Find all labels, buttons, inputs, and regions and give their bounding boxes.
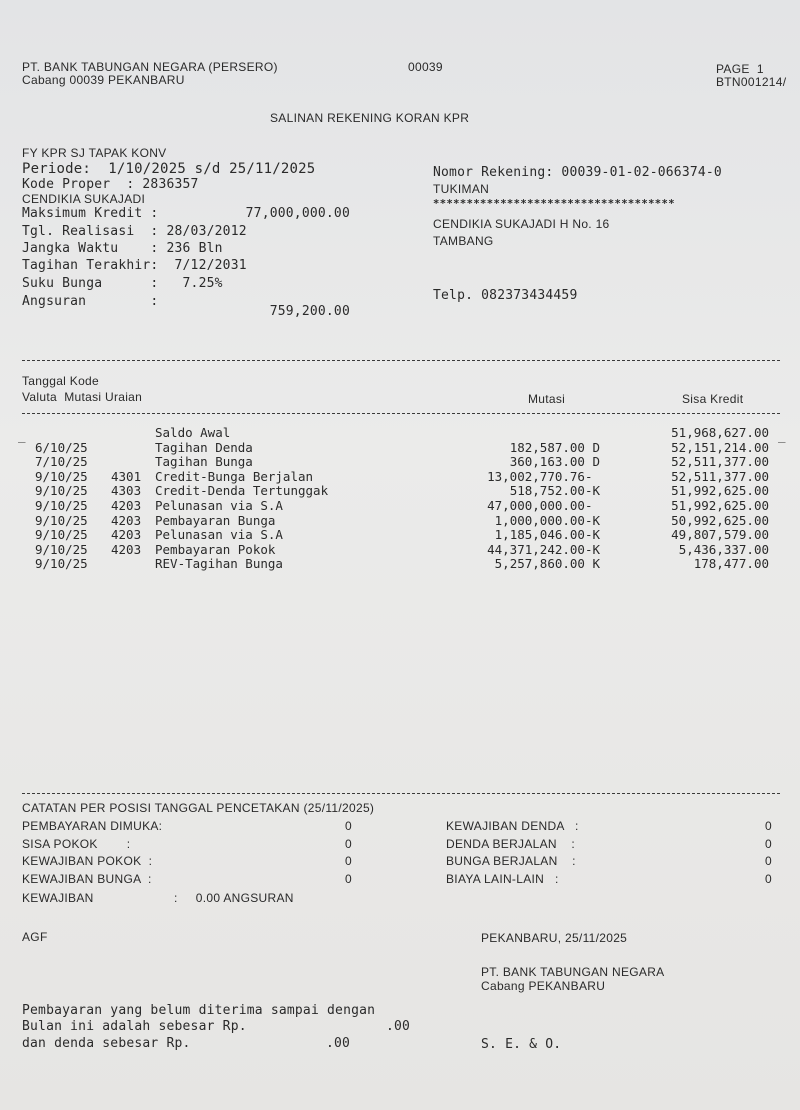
remaining-credit: 49,807,579.00 [600, 529, 769, 542]
seo-mark: S. E. & O. [481, 1038, 561, 1051]
transaction-date: 9/10/25 [35, 485, 88, 498]
product-name: FY KPR SJ TAPAK KONV [22, 147, 167, 159]
summary-label: BUNGA BERJALAN : [446, 855, 576, 867]
transaction-date: 9/10/25 [35, 515, 88, 528]
mutation-amount: 47,000,000.00- [420, 500, 600, 513]
transaction-date: 9/10/25 [35, 544, 88, 557]
max-credit-value: 77,000,000.00 [200, 207, 350, 220]
summary-label: PEMBAYARAN DIMUKA: [22, 820, 162, 832]
document-title: SALINAN REKENING KORAN KPR [270, 112, 469, 124]
summary-value: 0 [300, 873, 352, 885]
realization-date: Tgl. Realisasi : 28/03/2012 [22, 225, 247, 238]
project-name: CENDIKIA SUKAJADI [22, 193, 145, 205]
loan-term: Jangka Waktu : 236 Bln [22, 242, 223, 255]
statement-period: Periode: 1/10/2025 s/d 25/11/2025 [22, 162, 315, 176]
summary-value: 0 [720, 820, 772, 832]
transaction-description: Pelunasan via S.A [155, 529, 283, 542]
transaction-date: 9/10/25 [35, 471, 88, 484]
remaining-credit: 52,151,214.00 [600, 442, 769, 455]
transaction-description: Saldo Awal [155, 427, 230, 440]
note-line-1: Pembayaran yang belum diterima sampai de… [22, 1004, 375, 1017]
table-row: Saldo Awal51,968,627.00 [0, 427, 800, 441]
bank-name: PT. BANK TABUNGAN NEGARA (PERSERO) [22, 61, 278, 73]
installment-value: 759,200.00 [200, 305, 350, 318]
account-number: Nomor Rekening: 00039-01-02-066374-0 [433, 166, 722, 179]
summary-value: 0 [720, 873, 772, 885]
summary-label: SISA POKOK : [22, 838, 130, 850]
column-header-valuta: Valuta Mutasi Uraian [22, 391, 142, 403]
mutation-amount: 1,185,046.00-K [420, 529, 600, 542]
transaction-description: Tagihan Denda [155, 442, 253, 455]
mutation-amount: 44,371,242.00-K [420, 544, 600, 557]
mutation-amount: 5,257,860.00 K [420, 558, 600, 571]
remaining-credit: 50,992,625.00 [600, 515, 769, 528]
column-header-mutasi: Mutasi [528, 393, 565, 405]
note-line-3: dan denda sebesar Rp. [22, 1037, 191, 1050]
signer-bank: PT. BANK TABUNGAN NEGARA [481, 966, 664, 978]
transaction-date: 6/10/25 [35, 442, 88, 455]
document-code: BTN001214/ [716, 76, 786, 88]
max-credit-label: Maksimum Kredit : [22, 207, 158, 220]
penalty-amount: .00 [326, 1037, 350, 1050]
transaction-date: 9/10/25 [35, 529, 88, 542]
column-header-sisa-kredit: Sisa Kredit [682, 393, 743, 405]
summary-value: 0 [720, 855, 772, 867]
remaining-credit: 51,968,627.00 [600, 427, 769, 440]
summary-value: 0 [720, 838, 772, 850]
transaction-description: REV-Tagihan Bunga [155, 558, 283, 571]
summary-value: 0 [300, 820, 352, 832]
transaction-description: Credit-Bunga Berjalan [155, 471, 313, 484]
kode-proper: Kode Proper : 2836357 [22, 178, 199, 191]
mutation-code: 4301 [111, 471, 141, 484]
transaction-description: Tagihan Bunga [155, 456, 253, 469]
remaining-credit: 51,992,625.00 [600, 485, 769, 498]
table-row: 9/10/25REV-Tagihan Bunga5,257,860.00 K17… [0, 558, 800, 572]
transaction-date: 9/10/25 [35, 500, 88, 513]
transaction-description: Pelunasan via S.A [155, 500, 283, 513]
remaining-credit: 52,511,377.00 [600, 456, 769, 469]
installment-label: Angsuran : [22, 295, 158, 308]
transaction-date: 9/10/25 [35, 558, 88, 571]
divider [22, 360, 780, 361]
transaction-description: Pembayaran Pokok [155, 544, 275, 557]
summary-label: KEWAJIBAN POKOK : [22, 855, 152, 867]
branch-name: Cabang 00039 PEKANBARU [22, 74, 185, 86]
divider [22, 793, 780, 794]
remaining-credit: 52,511,377.00 [600, 471, 769, 484]
summary-value: 0 [300, 855, 352, 867]
divider [22, 413, 780, 414]
mutation-code: 4203 [111, 500, 141, 513]
page-number: PAGE 1 [716, 63, 764, 75]
mutation-code: 4203 [111, 529, 141, 542]
customer-address: CENDIKIA SUKAJADI H No. 16 [433, 218, 610, 230]
customer-name: TUKIMAN [433, 183, 489, 195]
remaining-credit: 178,477.00 [600, 558, 769, 571]
customer-phone: Telp. 082373434459 [433, 289, 577, 302]
branch-code: 00039 [408, 61, 443, 73]
remaining-credit: 5,436,337.00 [600, 544, 769, 557]
kewajiban-label: KEWAJIBAN [22, 892, 94, 904]
summary-label: KEWAJIBAN BUNGA : [22, 873, 152, 885]
place-date: PEKANBARU, 25/11/2025 [481, 932, 627, 944]
mutation-code: 4303 [111, 485, 141, 498]
table-row: 9/10/254203Pembayaran Pokok44,371,242.00… [0, 544, 800, 558]
outstanding-amount: .00 [386, 1020, 410, 1033]
summary-title: CATATAN PER POSISI TANGGAL PENCETAKAN (2… [22, 802, 374, 814]
interest-rate: Suku Bunga : 7.25% [22, 277, 223, 290]
summary-value: 0 [300, 838, 352, 850]
mutation-code: 4203 [111, 515, 141, 528]
mutation-amount: 13,002,770.76- [420, 471, 600, 484]
mutation-amount: 360,163.00 D [420, 456, 600, 469]
table-row: 9/10/254203Pelunasan via S.A47,000,000.0… [0, 500, 800, 514]
mutation-amount: 518,752.00-K [420, 485, 600, 498]
last-bill-date: Tagihan Terakhir: 7/12/2031 [22, 259, 247, 272]
remaining-credit: 51,992,625.00 [600, 500, 769, 513]
transaction-description: Pembayaran Bunga [155, 515, 275, 528]
transaction-description: Credit-Denda Tertunggak [155, 485, 328, 498]
summary-label: BIAYA LAIN-LAIN : [446, 873, 559, 885]
transaction-date: 7/10/25 [35, 456, 88, 469]
summary-label: DENDA BERJALAN : [446, 838, 575, 850]
mutation-code: 4203 [111, 544, 141, 557]
masked-line: ************************************ [433, 199, 675, 210]
mutation-amount: 182,587.00 D [420, 442, 600, 455]
operator-code: AGF [22, 931, 48, 943]
note-line-2: Bulan ini adalah sebesar Rp. [22, 1020, 247, 1033]
summary-label: KEWAJIBAN DENDA : [446, 820, 579, 832]
mutation-amount: 1,000,000.00-K [420, 515, 600, 528]
customer-city: TAMBANG [433, 235, 494, 247]
column-header-date-code: Tanggal Kode [22, 375, 99, 387]
kewajiban-value: : 0.00 ANGSURAN [174, 892, 294, 904]
signer-branch: Cabang PEKANBARU [481, 980, 605, 992]
